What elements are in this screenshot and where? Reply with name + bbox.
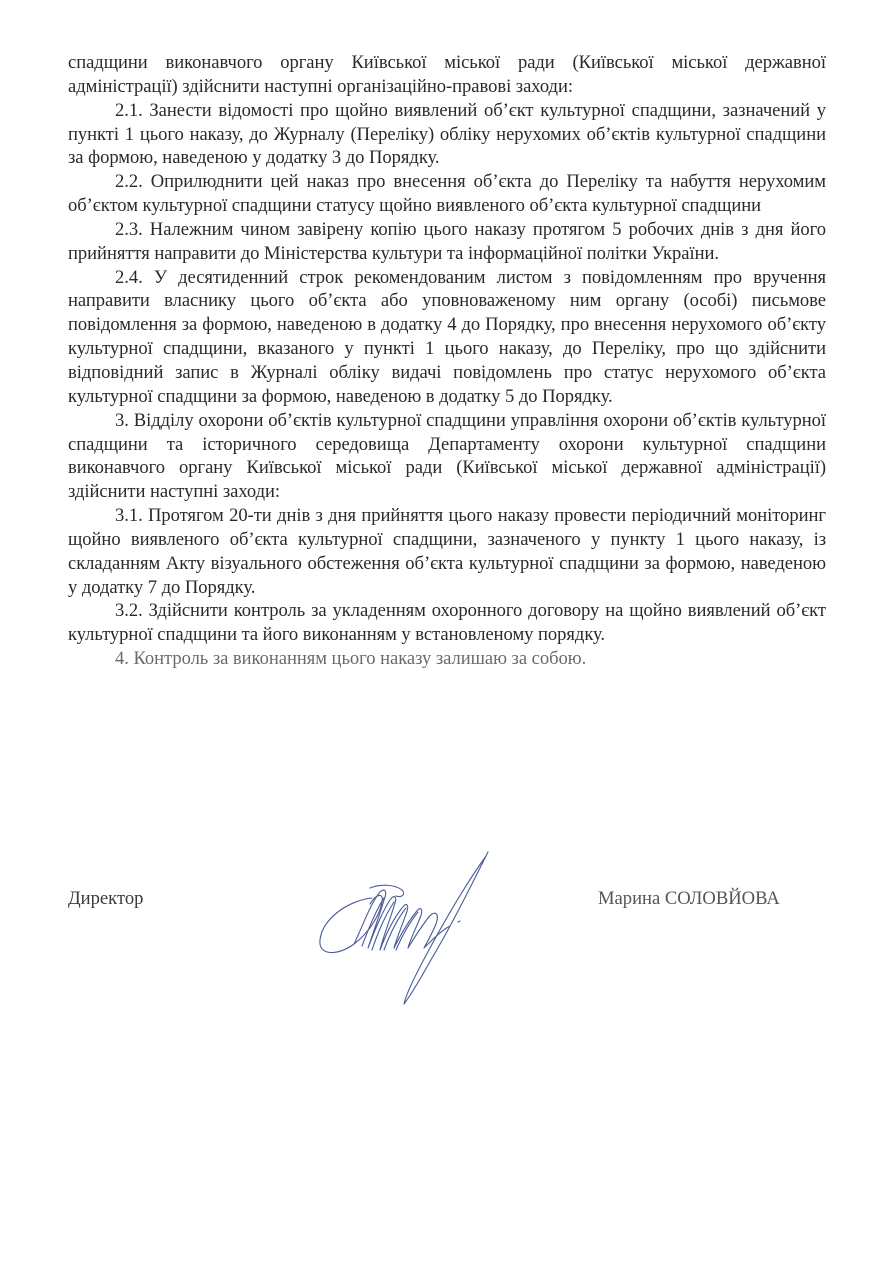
signatory-name: Марина СОЛОВЙОВА [598, 888, 780, 910]
paragraph-item-3-1: 3.1. Протягом 20-ти днів з дня прийняття… [68, 504, 826, 599]
paragraph-item-2-1: 2.1. Занести відомості про щойно виявлен… [68, 99, 826, 171]
document-body: спадщини виконавчого органу Київської мі… [68, 51, 826, 671]
handwritten-signature-icon [310, 848, 500, 1008]
paragraph-intro-continuation: спадщини виконавчого органу Київської мі… [68, 51, 826, 99]
paragraph-item-3: 3. Відділу охорони об’єктів культурної с… [68, 409, 826, 504]
paragraph-item-4: 4. Контроль за виконанням цього наказу з… [68, 647, 826, 671]
signature-block: Директор Марина СОЛОВЙОВА [0, 840, 882, 1010]
signatory-title: Директор [68, 888, 143, 910]
paragraph-item-3-2: 3.2. Здійснити контроль за укладенням ох… [68, 599, 826, 647]
paragraph-item-2-4: 2.4. У десятиденний строк рекомендованим… [68, 266, 826, 409]
paragraph-item-2-2: 2.2. Оприлюднити цей наказ про внесення … [68, 170, 826, 218]
paragraph-item-2-3: 2.3. Належним чином завірену копію цього… [68, 218, 826, 266]
